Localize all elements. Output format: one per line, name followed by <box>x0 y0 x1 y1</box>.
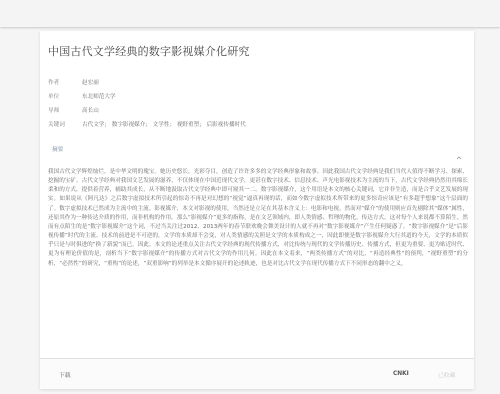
meta-value-advisor: 高长山 <box>82 106 99 114</box>
cnki-button[interactable]: CNKI <box>393 371 409 377</box>
meta-value-keywords: 古代文学； 数字影视媒介； 文学性； 视野重塑； 后影视传播时代 <box>82 120 246 128</box>
summary-body: 我国古代文学辉煌灿烂，是中华文明的瑰宝。她历史悠长，光彩夺目，创造了许许多多的文… <box>48 168 468 269</box>
meta-row-institution: 单位 东北师范大学 <box>48 89 468 103</box>
meta-label-advisor: 导师 <box>48 106 82 114</box>
favorited-button: 已收藏 <box>438 370 455 379</box>
summary-title: 摘要 <box>52 145 63 153</box>
meta-row-advisor: 导师 高长山 <box>48 103 468 117</box>
meta-label-keywords: 关键词 <box>48 120 82 128</box>
meta-label-author: 作者 <box>48 78 82 86</box>
paper-detail-card: 中国古代文学经典的数字影视媒介化研究 作者 赵宏丽 单位 东北师范大学 导师 高… <box>40 31 474 389</box>
card-actions: 下载 CNKI 已收藏 <box>40 359 474 389</box>
chevron-up-icon[interactable] <box>456 146 462 152</box>
summary-expander-header[interactable]: 摘要 <box>40 137 474 161</box>
download-button[interactable]: 下载 <box>59 370 71 379</box>
top-app-bar <box>0 0 500 27</box>
paper-meta: 作者 赵宏丽 单位 东北师范大学 导师 高长山 关键词 古代文学； 数字影视媒介… <box>48 75 468 131</box>
meta-label-institution: 单位 <box>48 92 82 100</box>
meta-value-author: 赵宏丽 <box>82 78 99 86</box>
meta-value-institution: 东北师范大学 <box>82 92 116 100</box>
paper-title: 中国古代文学经典的数字影视媒介化研究 <box>48 43 250 59</box>
meta-row-keywords: 关键词 古代文学； 数字影视媒介； 文学性； 视野重塑； 后影视传播时代 <box>48 117 468 131</box>
meta-row-author: 作者 赵宏丽 <box>48 75 468 89</box>
